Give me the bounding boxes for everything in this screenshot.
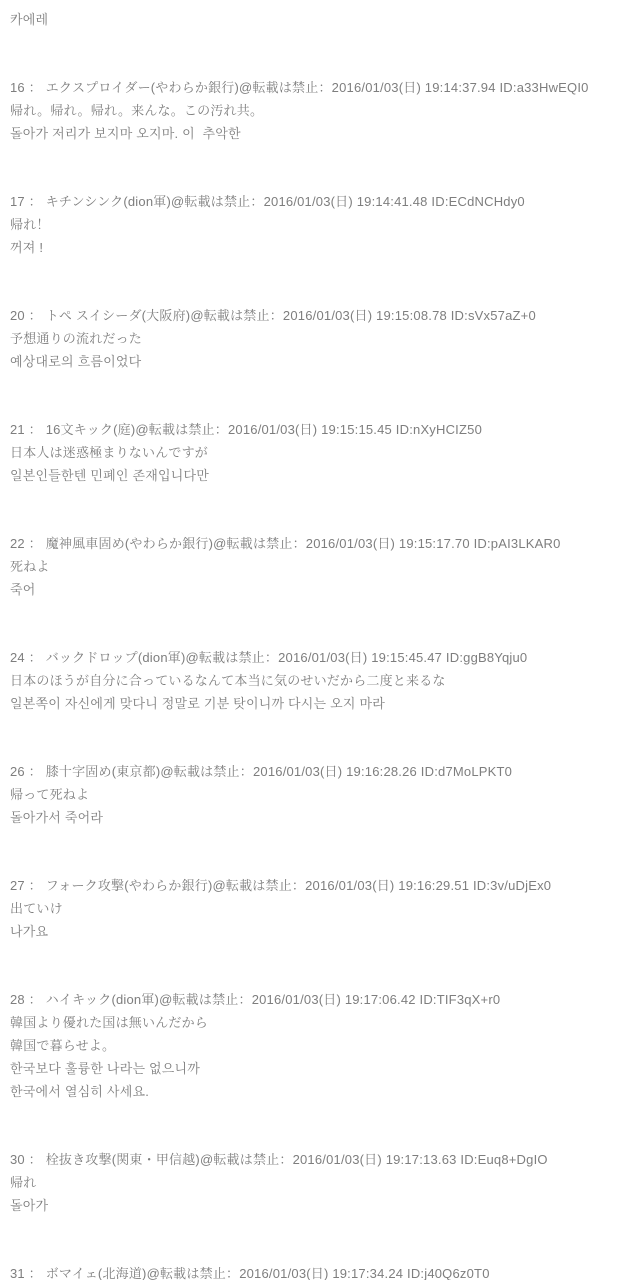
post-id: ID:d7MoLPKT0 xyxy=(421,764,512,779)
poster-name: ハイキック(dion軍)@転載は禁止 xyxy=(46,992,239,1007)
post-header: 30 ： 栓抜き攻撃(関東・甲信越)@転載は禁止：2016/01/03(日) 1… xyxy=(10,1148,630,1171)
post-datetime: 2016/01/03(日) 19:17:34.24 xyxy=(239,1266,403,1280)
post-id: ID:a33HwEQI0 xyxy=(499,80,588,95)
post-body-line: 帰って死ねよ xyxy=(10,783,630,806)
poster-name: トペ スイシーダ(大阪府)@転載は禁止 xyxy=(46,308,270,323)
poster-name: ボマイェ(北海道)@転載は禁止 xyxy=(46,1266,226,1280)
post-id: ID:nXyHCIZ50 xyxy=(396,422,482,437)
post-number-separator: ： xyxy=(25,764,46,779)
forum-post: 27 ： フォーク攻撃(やわらか銀行)@転載は禁止：2016/01/03(日) … xyxy=(10,874,630,943)
forum-post: 28 ： ハイキック(dion軍)@転載は禁止：2016/01/03(日) 19… xyxy=(10,988,630,1103)
post-header: 21 ： 16文キック(庭)@転載は禁止：2016/01/03(日) 19:15… xyxy=(10,418,630,441)
post-number: 20 xyxy=(10,308,25,323)
post-id: ID:ggB8Yqju0 xyxy=(446,650,527,665)
poster-name: エクスプロイダー(やわらか銀行)@転載は禁止 xyxy=(46,80,319,95)
post-body-line: 나가요 xyxy=(10,920,630,943)
post-body: 日本人は迷惑極まりないんですが일본인들한텐 민폐인 존재입니다만 xyxy=(10,441,630,487)
post-number: 16 xyxy=(10,80,25,95)
post-id: ID:pAI3LKAR0 xyxy=(474,536,561,551)
name-date-separator: ： xyxy=(270,308,283,323)
post-body-line: 일본쪽이 자신에게 맞다니 정말로 기분 탓이니까 다시는 오지 마라 xyxy=(10,692,630,715)
thread-page: 카에레 16 ： エクスプロイダー(やわらか銀行)@転載は禁止：2016/01/… xyxy=(0,0,640,1280)
post-id: ID:ECdNCHdy0 xyxy=(431,194,524,209)
post-body-line: 돌아가서 죽어라 xyxy=(10,806,630,829)
forum-post: 16 ： エクスプロイダー(やわらか銀行)@転載は禁止：2016/01/03(日… xyxy=(10,76,630,145)
post-datetime: 2016/01/03(日) 19:15:45.47 xyxy=(278,650,442,665)
post-datetime: 2016/01/03(日) 19:14:37.94 xyxy=(332,80,496,95)
forum-post: 31 ： ボマイェ(北海道)@転載は禁止：2016/01/03(日) 19:17… xyxy=(10,1262,630,1280)
leftover-translation-line: 카에레 xyxy=(10,8,630,31)
forum-post: 30 ： 栓抜き攻撃(関東・甲信越)@転載は禁止：2016/01/03(日) 1… xyxy=(10,1148,630,1217)
post-header: 24 ： バックドロップ(dion軍)@転載は禁止：2016/01/03(日) … xyxy=(10,646,630,669)
post-body-line: 日本のほうが自分に合っているなんて本当に気のせいだから二度と来るな xyxy=(10,669,630,692)
name-date-separator: ： xyxy=(292,878,305,893)
poster-name: フォーク攻撃(やわらか銀行)@転載は禁止 xyxy=(46,878,292,893)
name-date-separator: ： xyxy=(279,1152,292,1167)
post-number: 27 xyxy=(10,878,25,893)
post-body-line: 帰れ。帰れ。帰れ。来んな。この汚れ共。 xyxy=(10,99,630,122)
post-body-line: 돌아가 xyxy=(10,1194,630,1217)
name-date-separator: ： xyxy=(226,1266,239,1280)
post-datetime: 2016/01/03(日) 19:16:28.26 xyxy=(253,764,417,779)
poster-name: バックドロップ(dion軍)@転載は禁止 xyxy=(46,650,265,665)
post-body-line: 帰れ！ xyxy=(10,213,630,236)
forum-post: 24 ： バックドロップ(dion軍)@転載は禁止：2016/01/03(日) … xyxy=(10,646,630,715)
post-header: 20 ： トペ スイシーダ(大阪府)@転載は禁止：2016/01/03(日) 1… xyxy=(10,304,630,327)
post-number-separator: ： xyxy=(25,650,46,665)
post-body: 予想通りの流れだった예상대로의 흐름이었다 xyxy=(10,327,630,373)
post-number-separator: ： xyxy=(25,194,46,209)
post-datetime: 2016/01/03(日) 19:14:41.48 xyxy=(264,194,428,209)
post-body: 帰れ。帰れ。帰れ。来んな。この汚れ共。돌아가 저리가 보지마 오지마. 이 추악… xyxy=(10,99,630,145)
post-number-separator: ： xyxy=(25,992,46,1007)
poster-name: キチンシンク(dion軍)@転載は禁止 xyxy=(46,194,251,209)
post-number: 24 xyxy=(10,650,25,665)
post-body-line: 死ねよ xyxy=(10,555,630,578)
post-list: 16 ： エクスプロイダー(やわらか銀行)@転載は禁止：2016/01/03(日… xyxy=(10,76,630,1280)
post-body-line: 꺼져 ! xyxy=(10,236,630,259)
post-datetime: 2016/01/03(日) 19:17:13.63 xyxy=(293,1152,457,1167)
post-number-separator: ： xyxy=(25,80,46,95)
post-body-line: 出ていけ xyxy=(10,897,630,920)
post-header: 16 ： エクスプロイダー(やわらか銀行)@転載は禁止：2016/01/03(日… xyxy=(10,76,630,99)
post-number: 26 xyxy=(10,764,25,779)
post-body-line: 한국보다 훌륭한 나라는 없으니까 xyxy=(10,1057,630,1080)
post-body-line: 죽어 xyxy=(10,578,630,601)
post-number-separator: ： xyxy=(25,536,46,551)
name-date-separator: ： xyxy=(265,650,278,665)
forum-post: 20 ： トペ スイシーダ(大阪府)@転載は禁止：2016/01/03(日) 1… xyxy=(10,304,630,373)
post-header: 26 ： 膝十字固め(東京都)@転載は禁止：2016/01/03(日) 19:1… xyxy=(10,760,630,783)
post-header: 28 ： ハイキック(dion軍)@転載は禁止：2016/01/03(日) 19… xyxy=(10,988,630,1011)
post-datetime: 2016/01/03(日) 19:16:29.51 xyxy=(305,878,469,893)
post-body-line: 돌아가 저리가 보지마 오지마. 이 추악한 xyxy=(10,122,630,145)
post-body: 死ねよ죽어 xyxy=(10,555,630,601)
post-number-separator: ： xyxy=(25,422,46,437)
poster-name: 魔神風車固め(やわらか銀行)@転載は禁止 xyxy=(46,536,293,551)
name-date-separator: ： xyxy=(240,764,253,779)
post-id: ID:sVx57aZ+0 xyxy=(451,308,536,323)
post-header: 22 ： 魔神風車固め(やわらか銀行)@転載は禁止：2016/01/03(日) … xyxy=(10,532,630,555)
post-id: ID:j40Q6z0T0 xyxy=(407,1266,490,1280)
name-date-separator: ： xyxy=(293,536,306,551)
post-body-line: 韓国より優れた国は無いんだから xyxy=(10,1011,630,1034)
name-date-separator: ： xyxy=(238,992,251,1007)
post-body-line: 日本人は迷惑極まりないんですが xyxy=(10,441,630,464)
post-number: 22 xyxy=(10,536,25,551)
post-body-line: 予想通りの流れだった xyxy=(10,327,630,350)
post-header: 17 ： キチンシンク(dion軍)@転載は禁止：2016/01/03(日) 1… xyxy=(10,190,630,213)
post-datetime: 2016/01/03(日) 19:15:17.70 xyxy=(306,536,470,551)
post-body-line: 한국에서 열심히 사세요. xyxy=(10,1080,630,1103)
forum-post: 26 ： 膝十字固め(東京都)@転載は禁止：2016/01/03(日) 19:1… xyxy=(10,760,630,829)
forum-post: 21 ： 16文キック(庭)@転載は禁止：2016/01/03(日) 19:15… xyxy=(10,418,630,487)
post-body: 韓国より優れた国は無いんだから韓国で暮らせよ。한국보다 훌륭한 나라는 없으니까… xyxy=(10,1011,630,1103)
forum-post: 17 ： キチンシンク(dion軍)@転載は禁止：2016/01/03(日) 1… xyxy=(10,190,630,259)
post-datetime: 2016/01/03(日) 19:15:08.78 xyxy=(283,308,447,323)
post-number-separator: ： xyxy=(25,1266,46,1280)
post-number-separator: ： xyxy=(25,1152,46,1167)
poster-name: 膝十字固め(東京都)@転載は禁止 xyxy=(46,764,240,779)
name-date-separator: ： xyxy=(250,194,263,209)
post-body: 出ていけ나가요 xyxy=(10,897,630,943)
post-body-line: 예상대로의 흐름이었다 xyxy=(10,350,630,373)
post-body: 日本のほうが自分に合っているなんて本当に気のせいだから二度と来るな일본쪽이 자신… xyxy=(10,669,630,715)
post-number-separator: ： xyxy=(25,878,46,893)
post-body: 帰れ돌아가 xyxy=(10,1171,630,1217)
forum-post: 22 ： 魔神風車固め(やわらか銀行)@転載は禁止：2016/01/03(日) … xyxy=(10,532,630,601)
post-body: 帰って死ねよ돌아가서 죽어라 xyxy=(10,783,630,829)
post-number-separator: ： xyxy=(25,308,46,323)
post-datetime: 2016/01/03(日) 19:15:15.45 xyxy=(228,422,392,437)
post-datetime: 2016/01/03(日) 19:17:06.42 xyxy=(252,992,416,1007)
post-id: ID:TIF3qX+r0 xyxy=(420,992,501,1007)
post-body: 帰れ！꺼져 ! xyxy=(10,213,630,259)
post-body-line: 일본인들한텐 민폐인 존재입니다만 xyxy=(10,464,630,487)
post-number: 21 xyxy=(10,422,25,437)
post-number: 30 xyxy=(10,1152,25,1167)
poster-name: 16文キック(庭)@転載は禁止 xyxy=(46,422,215,437)
post-header: 27 ： フォーク攻撃(やわらか銀行)@転載は禁止：2016/01/03(日) … xyxy=(10,874,630,897)
post-id: ID:Euq8+DgIO xyxy=(460,1152,547,1167)
post-number: 17 xyxy=(10,194,25,209)
name-date-separator: ： xyxy=(318,80,331,95)
post-body-line: 帰れ xyxy=(10,1171,630,1194)
post-number: 31 xyxy=(10,1266,25,1280)
post-id: ID:3v/uDjEx0 xyxy=(473,878,551,893)
name-date-separator: ： xyxy=(215,422,228,437)
poster-name: 栓抜き攻撃(関東・甲信越)@転載は禁止 xyxy=(46,1152,280,1167)
post-header: 31 ： ボマイェ(北海道)@転載は禁止：2016/01/03(日) 19:17… xyxy=(10,1262,630,1280)
post-number: 28 xyxy=(10,992,25,1007)
post-body-line: 韓国で暮らせよ。 xyxy=(10,1034,630,1057)
